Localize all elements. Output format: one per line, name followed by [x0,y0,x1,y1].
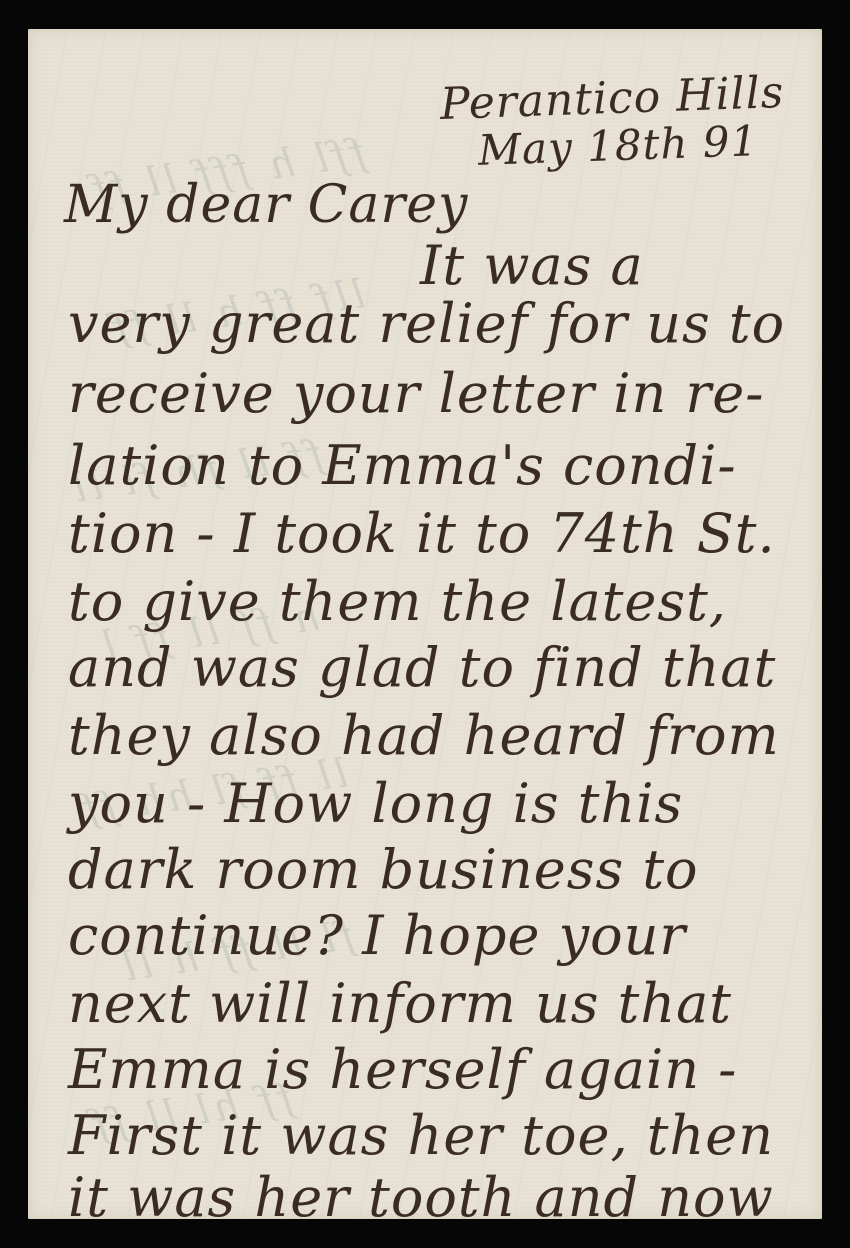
body-line: tion - I took it to 74th St. [68,507,776,561]
body-line: to give them the latest, [68,575,727,629]
body-line: they also had heard from [68,709,780,763]
body-line: It was a [420,239,644,293]
body-line: continue? I hope your [68,909,686,963]
body-line: dark room business to [68,843,699,897]
body-line: next will inform us that [68,977,732,1031]
scan-background: ffl h fff ll ff llf ff h ll ff ff ll fh … [0,0,850,1248]
letter-date: May 18th 91 [477,120,759,172]
body-line: lation to Emma's condi- [68,439,737,493]
body-line: Emma is herself again - [68,1043,737,1097]
body-line: First it was her toe, then [68,1109,774,1163]
body-line: it was her tooth and now [68,1171,774,1225]
body-line: and was glad to find that [68,641,776,695]
body-line: you - How long is this [68,777,683,831]
letter-page: ffl h fff ll ff llf ff h ll ff ff ll fh … [28,29,822,1219]
letter-salutation: My dear Carey [64,179,468,231]
body-line: receive your letter in re- [68,367,764,421]
body-line: very great relief for us to [68,297,785,351]
